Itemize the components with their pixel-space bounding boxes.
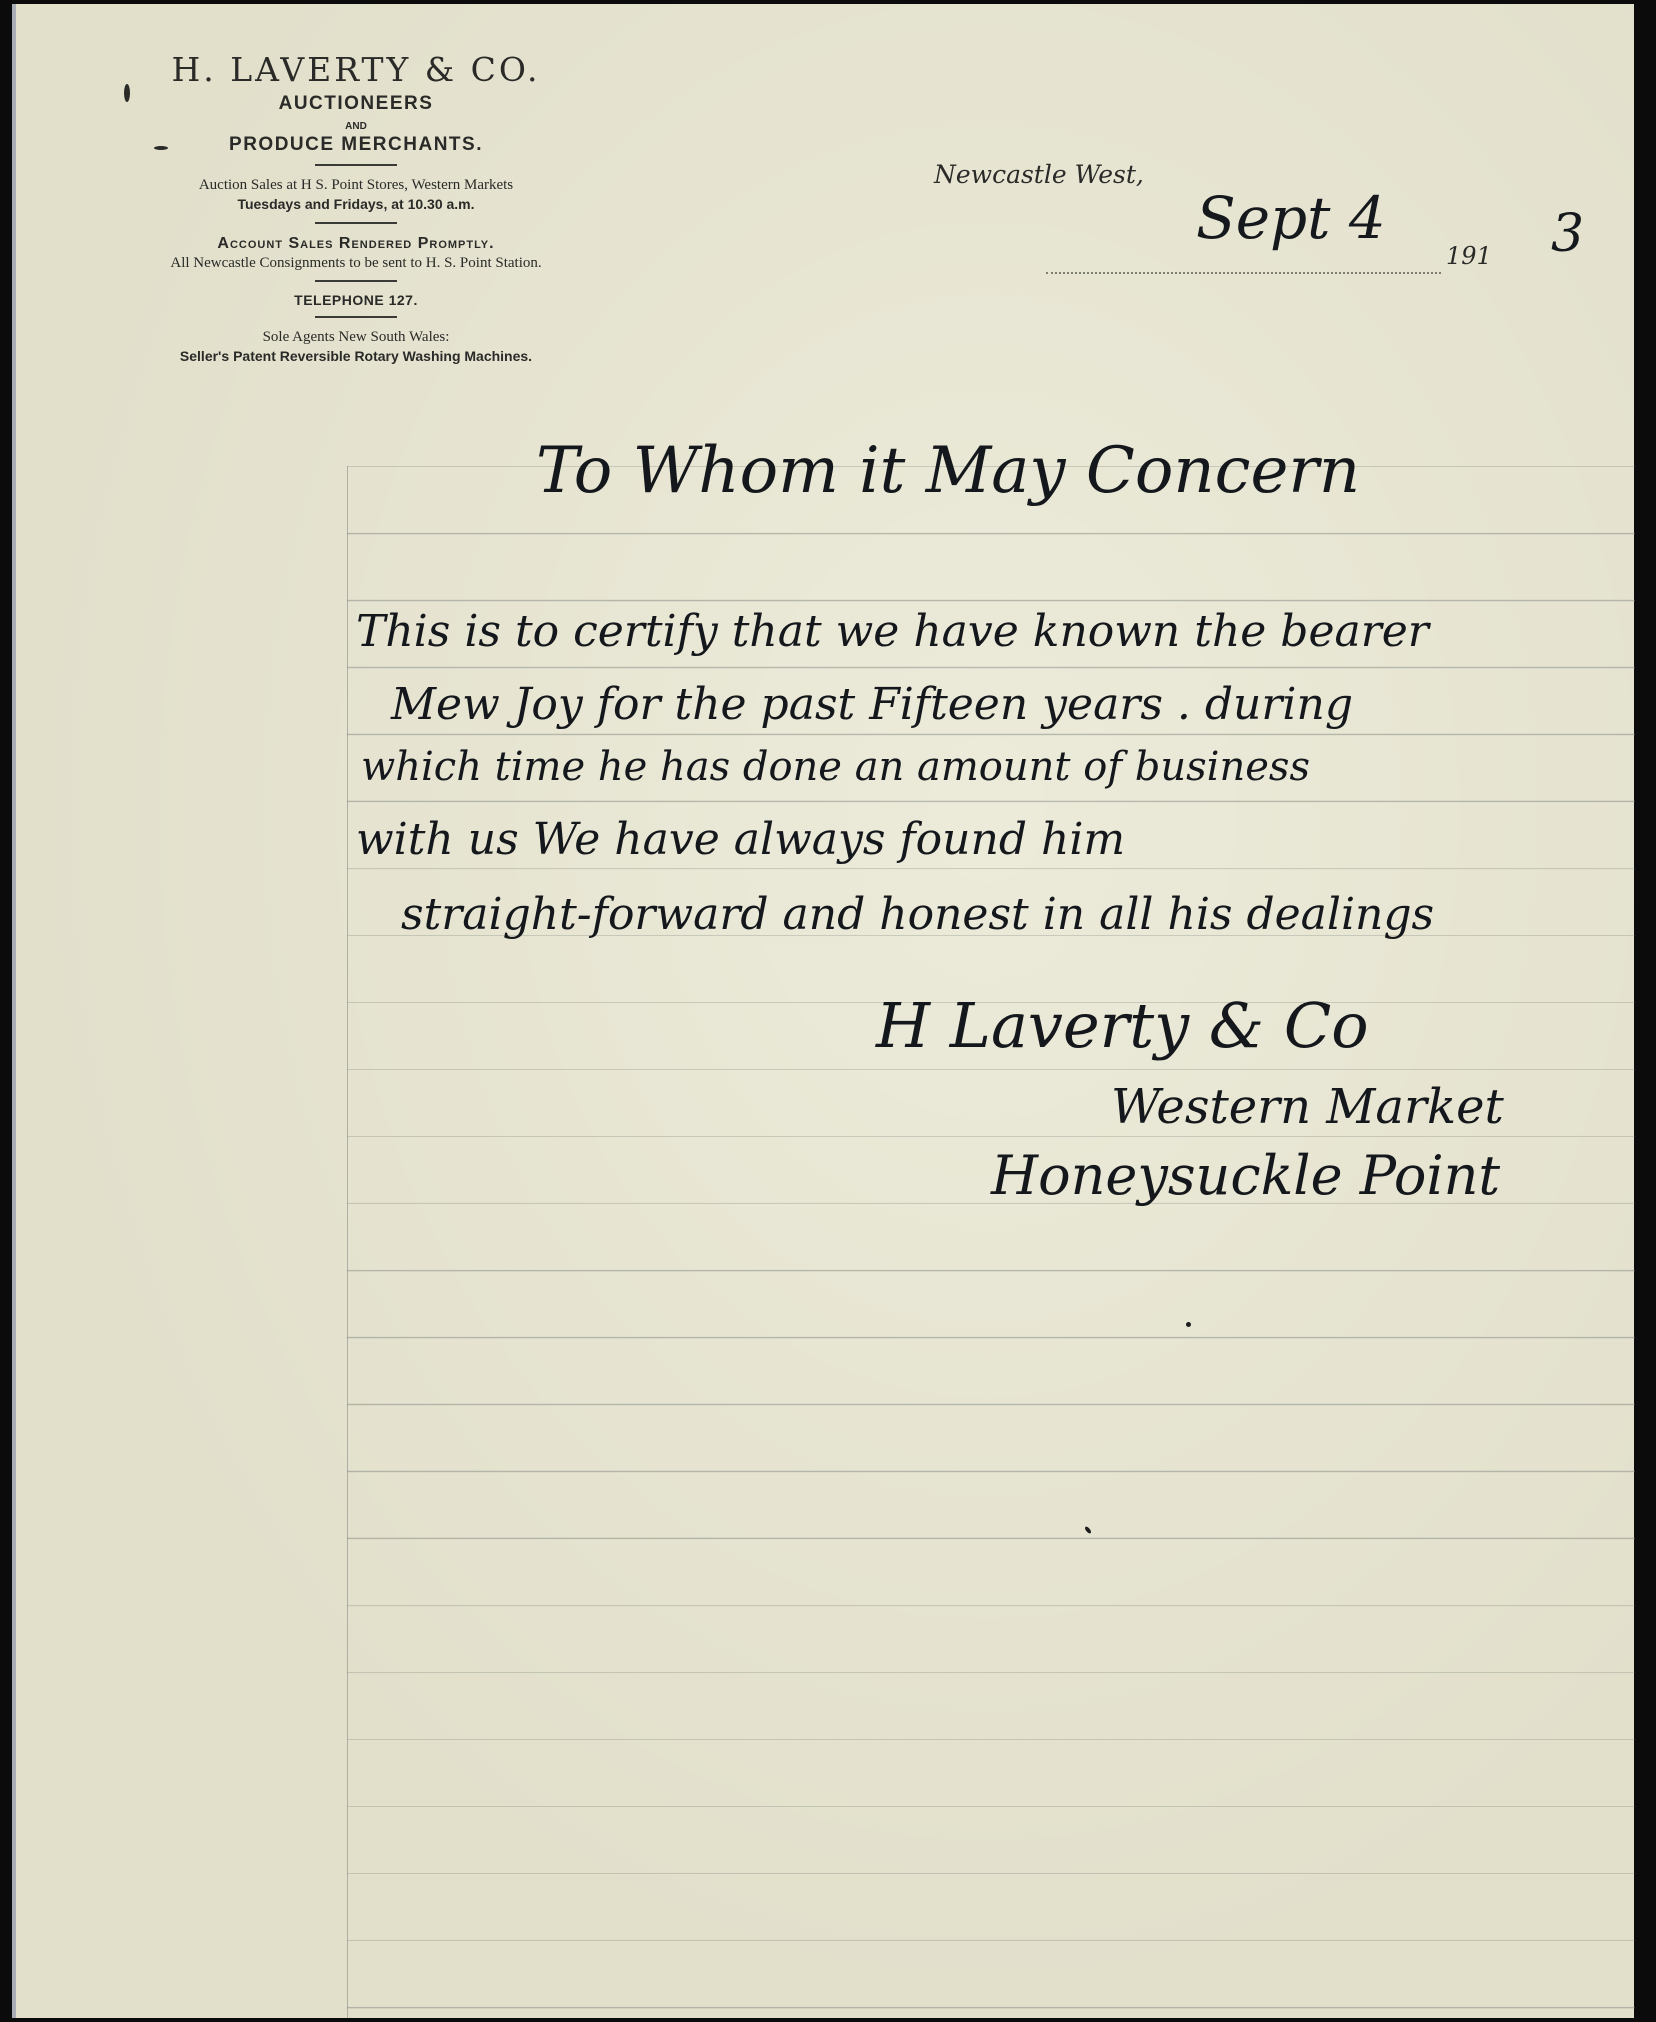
- divider: [315, 280, 397, 282]
- signature-address-line: Western Market: [1111, 1079, 1504, 1135]
- signature-address-line: Honeysuckle Point: [991, 1144, 1500, 1207]
- date-underline: [1046, 272, 1441, 274]
- signature-name: H Laverty & Co: [876, 989, 1369, 1062]
- place-name: Newcastle West,: [934, 160, 1144, 189]
- auction-location: Auction Sales at H S. Point Stores, West…: [96, 176, 616, 194]
- printed-year-prefix: 191: [1446, 242, 1492, 270]
- consignment-notice: All Newcastle Consignments to be sent to…: [96, 254, 616, 272]
- agency-product: Seller's Patent Reversible Rotary Washin…: [96, 346, 616, 366]
- agency-line: Sole Agents New South Wales:: [96, 328, 616, 346]
- firm-name: H. LAVERTY & CO.: [96, 50, 616, 89]
- margin-mark: [154, 146, 168, 150]
- handwritten-year-digit: 3: [1551, 204, 1584, 264]
- firm-role-auctioneers: AUCTIONEERS: [96, 93, 616, 115]
- divider: [315, 164, 397, 166]
- letter-sheet: H. LAVERTY & CO. AUCTIONEERS AND PRODUCE…: [12, 4, 1634, 2018]
- firm-role-conjunction: AND: [96, 121, 616, 132]
- body-line: which time he has done an amount of busi…: [361, 744, 1310, 790]
- margin-mark: [124, 84, 130, 102]
- salutation: To Whom it May Concern: [536, 434, 1360, 508]
- divider: [315, 316, 397, 318]
- body-line: Mew Joy for the past Fifteen years . dur…: [391, 679, 1353, 730]
- firm-role-merchants: PRODUCE MERCHANTS.: [96, 134, 616, 156]
- body-line: straight-forward and honest in all his d…: [401, 889, 1434, 940]
- divider: [315, 222, 397, 224]
- account-notice: Account Sales Rendered Promptly.: [96, 234, 616, 254]
- ink-speck: [1186, 1322, 1191, 1327]
- telephone: TELEPHONE 127.: [96, 292, 616, 308]
- auction-schedule: Tuesdays and Fridays, at 10.30 a.m.: [96, 194, 616, 214]
- body-line: This is to certify that we have known th…: [356, 606, 1429, 657]
- body-line: with us We have always found him: [356, 814, 1125, 865]
- handwritten-date: Sept 4: [1196, 184, 1386, 252]
- letterhead: H. LAVERTY & CO. AUCTIONEERS AND PRODUCE…: [96, 44, 616, 366]
